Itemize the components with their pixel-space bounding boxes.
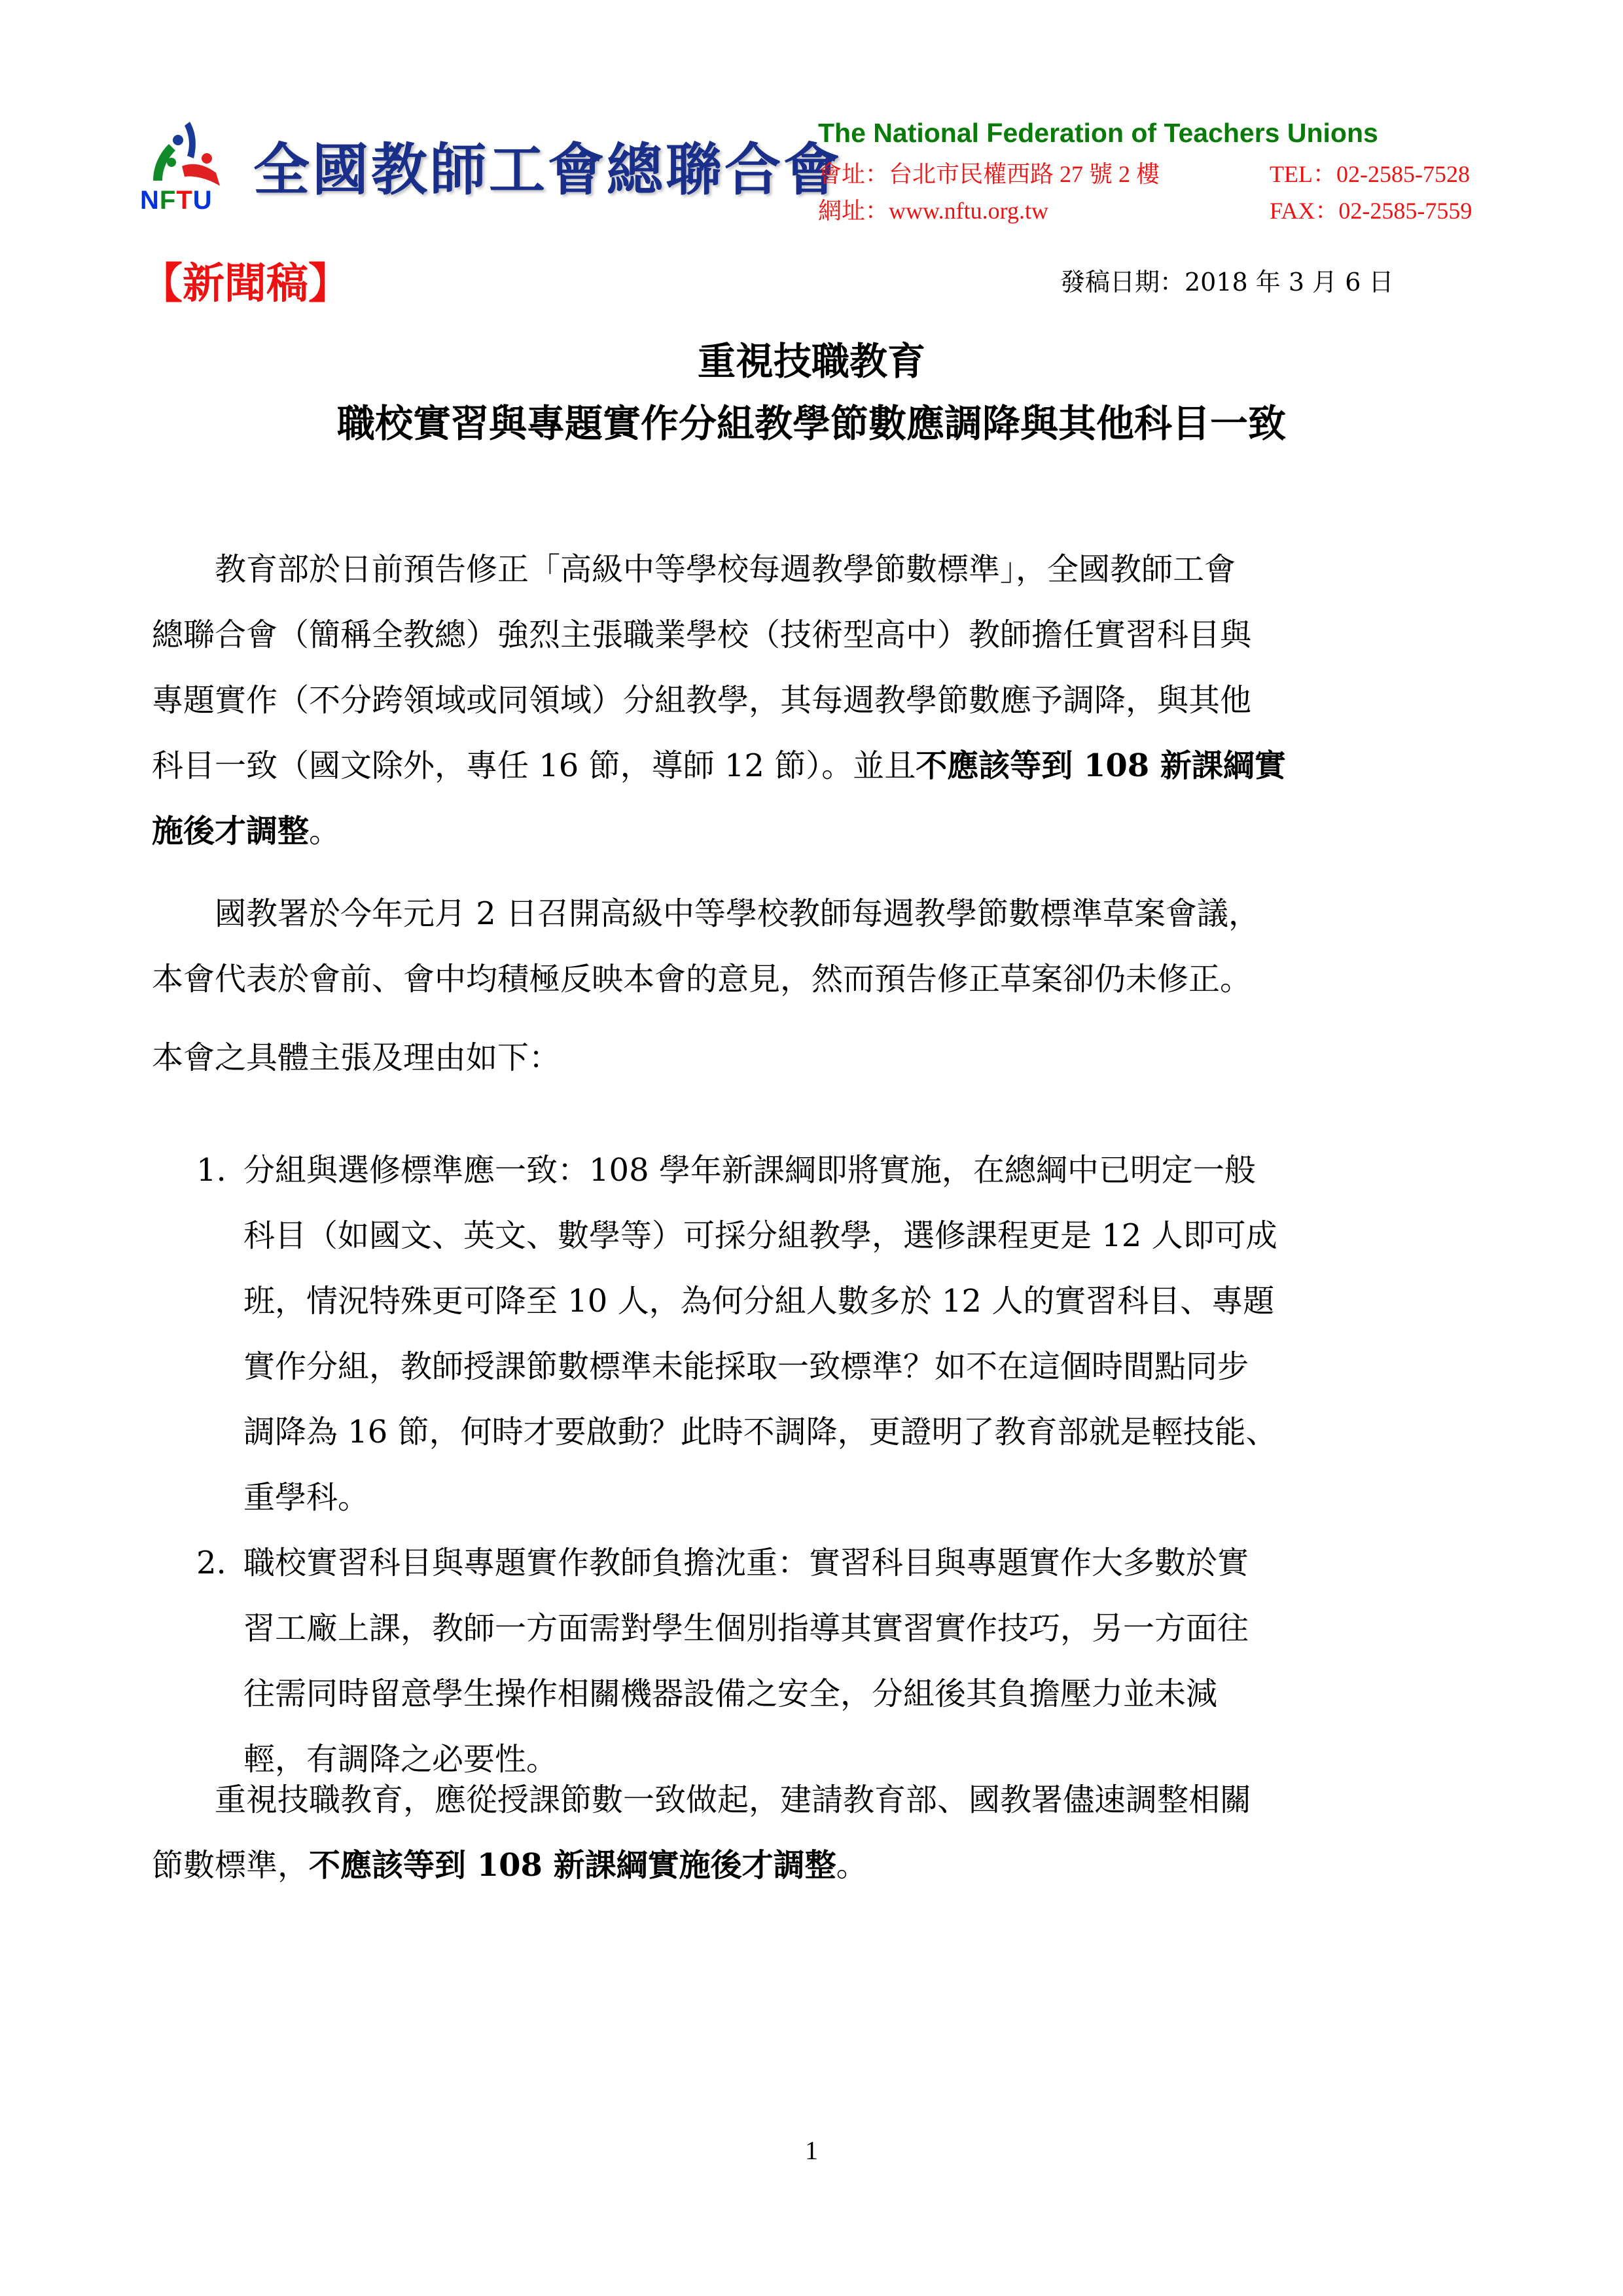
text-line: 專題實作（不分跨領域或同領域）分組教學，其每週教學節數應予調降，與其他 xyxy=(152,668,1487,733)
text-line: 重學科。 xyxy=(243,1465,1492,1530)
headline-sub: 職校實習與專題實作分組教學節數應調降與其他科目一致 xyxy=(0,393,1623,448)
headline-main: 重視技職教育 xyxy=(0,331,1623,386)
text-line: 往需同時留意學生操作相關機器設備之安全，分組後其負擔壓力並未減 xyxy=(243,1661,1492,1727)
list-item: 2. 職校實習科目與專題實作教師負擔沈重：實習科目與專題實作大多數於實 習工廠上… xyxy=(196,1530,1492,1792)
list-item: 1. 分組與選修標準應一致：108 學年新課綱即將實施，在總綱中已明定一般 科目… xyxy=(196,1138,1492,1530)
text-line: 節數標準，不應該等到 108 新課綱實施後才調整。 xyxy=(152,1833,1487,1898)
logo-letter-t: T xyxy=(176,186,192,215)
org-fax: FAX：02-2585-7559 xyxy=(1270,192,1472,226)
emphasis-text: 不應該等到 108 新課綱實施後才調整 xyxy=(309,1847,836,1884)
text-line: 重視技職教育，應從授課節數一致做起，建請教育部、國教署儘速調整相關 xyxy=(152,1767,1487,1833)
nftu-logo: NFTU 全國教師工會總聯合會 xyxy=(139,118,780,216)
text-line: 科目一致（國文除外，專任 16 節，導師 12 節）。並且不應該等到 108 新… xyxy=(152,733,1487,798)
text-line: 科目（如國文、英文、數學等）可採分組教學，選修課程更是 12 人即可成 xyxy=(243,1203,1492,1268)
text-line: 調降為 16 節，何時才要啟動？此時不調降，更證明了教育部就是輕技能、 xyxy=(243,1399,1492,1465)
release-date: 發稿日期：2018 年 3 月 6 日 xyxy=(1060,262,1393,298)
org-website: 網址：www.nftu.org.tw xyxy=(818,192,1048,226)
org-chinese-name: 全國教師工會總聯合會 xyxy=(253,124,842,206)
list-number: 2. xyxy=(196,1530,226,1596)
text-line: 班，情況特殊更可降至 10 人，為何分組人數多於 12 人的實習科目、專題 xyxy=(243,1268,1492,1334)
org-english-name: The National Federation of Teachers Unio… xyxy=(818,118,1378,149)
paragraph-intro: 教育部於日前預告修正「高級中等學校每週教學節數標準」，全國教師工會 總聯合會（簡… xyxy=(152,537,1487,864)
text-line: 總聯合會（簡稱全教總）強烈主張職業學校（技術型高中）教師擔任實習科目與 xyxy=(152,602,1487,668)
org-address: 會址：台北市民權西路 27 號 2 樓 xyxy=(818,156,1160,189)
text-line: 實作分組，教師授課節數標準未能採取一致標準？如不在這個時間點同步 xyxy=(243,1334,1492,1399)
logo-letter-n: N xyxy=(140,186,160,215)
paragraph-conclusion: 重視技職教育，應從授課節數一致做起，建請教育部、國教署儘速調整相關 節數標準，不… xyxy=(152,1767,1487,1898)
logo-letter-f: F xyxy=(160,186,176,215)
press-release-tag: 【新聞稿】 xyxy=(141,250,350,310)
page-number: 1 xyxy=(0,2135,1623,2166)
text-line: 習工廠上課，教師一方面需對學生個別指導其實習實作技巧，另一方面往 xyxy=(243,1596,1492,1661)
org-telephone: TEL：02-2585-7528 xyxy=(1270,156,1470,189)
text-line: 施後才調整。 xyxy=(152,798,1487,864)
text-line: 職校實習科目與專題實作教師負擔沈重：實習科目與專題實作大多數於實 xyxy=(243,1530,1492,1596)
nftu-abbreviation: NFTU xyxy=(140,186,213,215)
text-line: 分組與選修標準應一致：108 學年新課綱即將實施，在總綱中已明定一般 xyxy=(243,1138,1492,1203)
emphasis-text: 不應該等到 108 新課綱實 xyxy=(916,747,1286,784)
emphasis-text: 施後才調整 xyxy=(152,813,309,850)
text-line: 教育部於日前預告修正「高級中等學校每週教學節數標準」，全國教師工會 xyxy=(152,537,1487,602)
logo-letter-u: U xyxy=(193,186,213,215)
paragraph-background: 國教署於今年元月 2 日召開高級中等學校教師每週教學節數標準草案會議， 本會代表… xyxy=(152,881,1487,1012)
text-line: 本會之具體主張及理由如下： xyxy=(152,1025,1487,1090)
text-line: 本會代表於會前、會中均積極反映本會的意見，然而預告修正草案卻仍未修正。 xyxy=(152,946,1487,1012)
list-number: 1. xyxy=(196,1138,226,1203)
paragraph-list-intro: 本會之具體主張及理由如下： xyxy=(152,1025,1487,1090)
claims-list: 1. 分組與選修標準應一致：108 學年新課綱即將實施，在總綱中已明定一般 科目… xyxy=(196,1138,1492,1792)
text-line: 國教署於今年元月 2 日召開高級中等學校教師每週教學節數標準草案會議， xyxy=(152,881,1487,946)
